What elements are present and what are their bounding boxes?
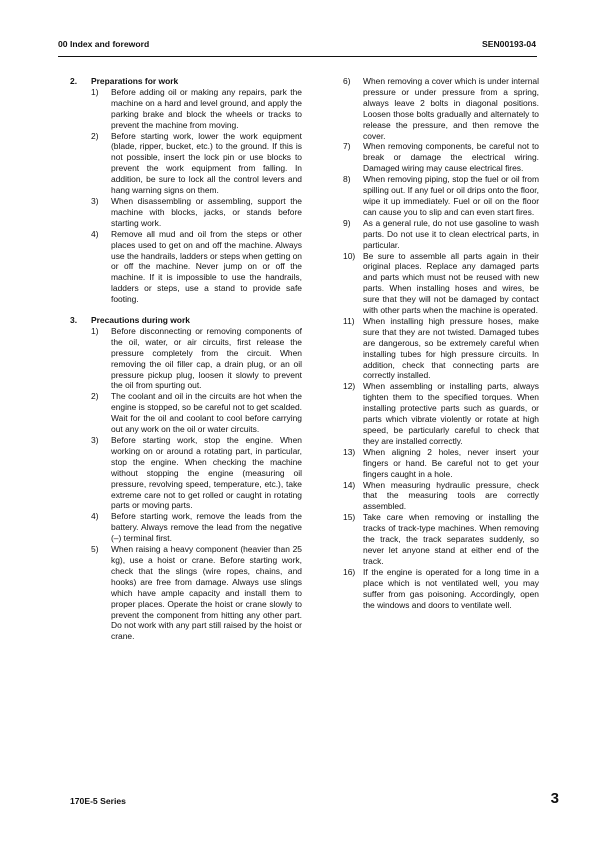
page-header: 00 Index and foreword SEN00193-04 [58, 36, 536, 52]
section-number: 3. [70, 315, 77, 326]
item-number: 1) [91, 326, 99, 337]
item-text: Take care when removing or installing th… [363, 512, 539, 566]
section-title: Precautions during work [91, 315, 190, 325]
list-item: 16)If the engine is operated for a long … [343, 567, 539, 611]
list-item: 14)When measuring hydraulic pressure, ch… [343, 480, 539, 513]
item-number: 11) [343, 316, 355, 327]
item-number: 13) [343, 447, 355, 458]
item-number: 5) [91, 544, 99, 555]
item-text: Before adding oil or making any repairs,… [111, 87, 302, 130]
header-section-title: 00 Index and foreword [58, 39, 149, 49]
item-number: 15) [343, 512, 355, 523]
item-text: Before starting work, remove the leads f… [111, 511, 302, 543]
list-item: 4)Before starting work, remove the leads… [91, 511, 302, 544]
item-text: Before starting work, stop the engine. W… [111, 435, 302, 510]
item-text: When removing piping, stop the fuel or o… [363, 174, 539, 217]
section-title: Preparations for work [91, 76, 178, 86]
list-item: 13)When aligning 2 holes, never insert y… [343, 447, 539, 480]
list-item: 6)When removing a cover which is under i… [343, 76, 539, 141]
item-number: 3) [91, 196, 99, 207]
list-item: 3)Before starting work, stop the engine.… [91, 435, 302, 511]
item-number: 16) [343, 567, 355, 578]
list-item: 3)When disassembling or assembling, supp… [91, 196, 302, 229]
header-doc-code: SEN00193-04 [482, 39, 536, 49]
item-text: Before disconnecting or removing compone… [111, 326, 302, 391]
footer-series: 170E-5 Series [70, 796, 126, 806]
item-number: 8) [343, 174, 351, 185]
item-number: 7) [343, 141, 351, 152]
list-item: 8)When removing piping, stop the fuel or… [343, 174, 539, 218]
item-text: When measuring hydraulic pressure, check… [363, 480, 539, 512]
left-column: 2. Preparations for work 1)Before adding… [70, 76, 302, 652]
item-number: 2) [91, 131, 99, 142]
list-item: 4)Remove all mud and oil from the steps … [91, 229, 302, 305]
item-number: 12) [343, 381, 355, 392]
item-text: When removing components, be careful not… [363, 141, 539, 173]
list-item: 10)Be sure to assemble all parts again i… [343, 251, 539, 316]
section-heading: 3. Precautions during work [70, 315, 302, 326]
item-number: 9) [343, 218, 351, 229]
list-item: 9)As a general rule, do not use gasoline… [343, 218, 539, 251]
section-number: 2. [70, 76, 77, 87]
item-text: Before starting work, lower the work equ… [111, 131, 302, 196]
item-number: 1) [91, 87, 99, 98]
list-item: 11)When installing high pressure hoses, … [343, 316, 539, 381]
item-number: 10) [343, 251, 355, 262]
section-preparations: 2. Preparations for work 1)Before adding… [70, 76, 302, 305]
list-item: 2)Before starting work, lower the work e… [91, 131, 302, 196]
list-item: 15)Take care when removing or installing… [343, 512, 539, 567]
item-text: If the engine is operated for a long tim… [363, 567, 539, 610]
item-number: 4) [91, 229, 99, 240]
item-text: The coolant and oil in the circuits are … [111, 391, 302, 434]
item-number: 4) [91, 511, 99, 522]
list-item: 2)The coolant and oil in the circuits ar… [91, 391, 302, 435]
item-text: When aligning 2 holes, never insert your… [363, 447, 539, 479]
item-number: 14) [343, 480, 355, 491]
list-item: 1)Before disconnecting or removing compo… [91, 326, 302, 391]
item-text: When disassembling or assembling, suppor… [111, 196, 302, 228]
item-number: 2) [91, 391, 99, 402]
item-text: Remove all mud and oil from the steps or… [111, 229, 302, 304]
item-text: When removing a cover which is under int… [363, 76, 539, 141]
section-heading: 2. Preparations for work [70, 76, 302, 87]
header-rule [58, 56, 537, 57]
list-item: 5)When raising a heavy component (heavie… [91, 544, 302, 642]
section-precautions: 3. Precautions during work 1)Before disc… [70, 315, 302, 642]
list-item: 7)When removing components, be careful n… [343, 141, 539, 174]
item-number: 3) [91, 435, 99, 446]
item-number: 6) [343, 76, 351, 87]
list-item: 1)Before adding oil or making any repair… [91, 87, 302, 131]
item-text: Be sure to assemble all parts again in t… [363, 251, 539, 316]
right-column: 6)When removing a cover which is under i… [343, 76, 539, 610]
item-text: When raising a heavy component (heavier … [111, 544, 302, 641]
list-item: 12)When assembling or installing parts, … [343, 381, 539, 446]
item-text: As a general rule, do not use gasoline t… [363, 218, 539, 250]
item-text: When assembling or installing parts, alw… [363, 381, 539, 446]
page-number: 3 [551, 790, 559, 807]
item-text: When installing high pressure hoses, mak… [363, 316, 539, 381]
